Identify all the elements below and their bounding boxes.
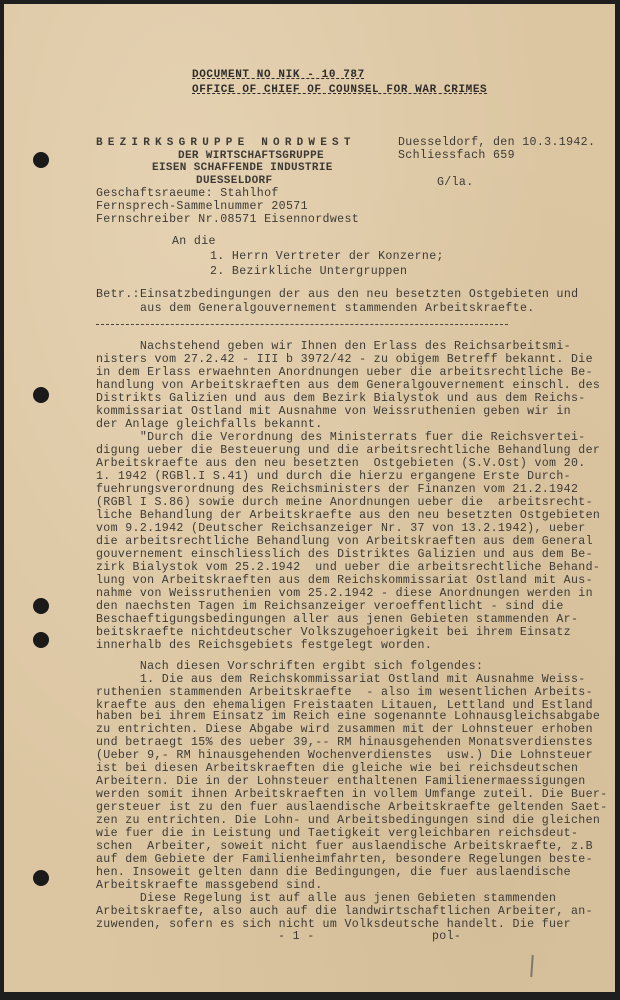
reference-code: G/la.: [437, 176, 474, 190]
body-line: Diese Regelung ist auf alle aus jenen Ge…: [96, 892, 556, 906]
body-line: den naechsten Tagen im Reichsanzeiger ve…: [96, 600, 564, 614]
office-address: Geschaftsraeume: Stahlhof: [96, 187, 279, 201]
body-line: Arbeitskraefte massgebend sind.: [96, 879, 323, 893]
org-line-3: EISEN SCHAFFENDE INDUSTRIE: [152, 161, 333, 175]
body-line: nisters vom 27.2.42 - III b 3972/42 - zu…: [96, 353, 593, 367]
body-line: "Durch die Verordnung des Ministerrats f…: [96, 431, 586, 445]
body-line: beitskraefte nichtdeutscher Volkszugehoe…: [96, 626, 571, 640]
continuation-word: pol-: [432, 930, 461, 944]
body-line: nahme von Weissruthenien vom 25.2.1942 -…: [96, 587, 593, 601]
recipient-item: 2. Bezirkliche Untergruppen: [210, 265, 407, 279]
body-line: ruthenien stammenden Arbeitskraefte - al…: [96, 686, 593, 700]
telex-number: Fernschreiber Nr.08571 Eisennordwest: [96, 213, 359, 227]
org-name: BEZIRKSGRUPPE NORDWEST: [96, 136, 356, 150]
page-number: - 1 -: [278, 930, 315, 944]
body-line: 1. 1942 (RGBl.I S.41) und durch die hier…: [96, 470, 571, 484]
body-line: liche Behandlung der Arbeitskraefte aus …: [96, 509, 600, 523]
punch-hole: [33, 632, 49, 648]
body-line: der Anlage gleichfalls bekannt.: [96, 418, 323, 432]
body-line: digung ueber die Besteuerung und die arb…: [96, 444, 600, 458]
punch-hole: [33, 387, 49, 403]
body-line: vom 9.2.1942 (Deutscher Reichsanzeiger N…: [96, 522, 586, 536]
phone-number: Fernsprech-Sammelnummer 20571: [96, 200, 308, 214]
body-line: Arbeitern. Die in der Lohnsteuer enthalt…: [96, 775, 586, 789]
body-line: hen. Insoweit gelten dann die Bedingunge…: [96, 866, 571, 880]
body-line: zirk Bialystok vom 25.2.1942 und ueber d…: [96, 561, 600, 575]
body-line: haben bei ihrem Einsatz im Reich eine so…: [96, 710, 600, 724]
place-date: Duesseldorf, den 10.3.1942.: [398, 136, 595, 150]
subject-label: Betr.:: [96, 288, 140, 302]
body-line: Nachstehend geben wir Ihnen den Erlass d…: [96, 340, 571, 354]
office-stamp: OFFICE OF CHIEF OF COUNSEL FOR WAR CRIME…: [192, 83, 487, 97]
body-line: auf dem Gebiete der Familienheimfahrten,…: [96, 853, 593, 867]
subject-divider: [96, 324, 508, 325]
punch-hole: [33, 152, 49, 168]
body-line: gouvernement einschliesslich des Distrik…: [96, 548, 593, 562]
body-line: (Ueber 9,- RM hinausgehenden Wochenverdi…: [96, 749, 593, 763]
body-line: fuehrungsverordnung des Reichsministers …: [96, 483, 578, 497]
body-line: Arbeitskraefte, also auch auf die landwi…: [96, 905, 593, 919]
po-box: Schliessfach 659: [398, 149, 515, 163]
section-intro: Nach diesen Vorschriften ergibt sich fol…: [96, 660, 483, 674]
body-line: innerhalb des Reichsgebiets festgelegt w…: [96, 639, 432, 653]
body-line: in dem Erlass erwaehnten Anordnungen ueb…: [96, 366, 593, 380]
body-line: 1. Die aus dem Reichskommissariat Ostlan…: [96, 673, 586, 687]
document-number: DOCUMENT NO NIK - 10 787: [192, 68, 365, 82]
body-line: werden somit ihnen Arbeitskraeften in vo…: [96, 788, 608, 802]
body-line: die arbeitsrechtliche Behandlung von Arb…: [96, 535, 593, 549]
body-line: wie fuer die in Leistung und Taetigkeit …: [96, 827, 578, 841]
subject-line: aus dem Generalgouvernement stammenden A…: [140, 302, 535, 316]
body-line: (RGBl I S.86) sowie durch meine Anordnun…: [96, 496, 593, 510]
body-line: kommissariat Ostland mit Ausnahme von We…: [96, 405, 571, 419]
body-line: Beschaeftigungsbedingungen aller aus jen…: [96, 613, 578, 627]
org-city: DUESSELDORF: [196, 174, 272, 188]
body-line: schen Arbeiter, soweit nicht fuer auslae…: [96, 840, 593, 854]
punch-hole: [33, 870, 49, 886]
body-line: Arbeitskraefte aus den neu besetzten Ost…: [96, 457, 586, 471]
body-line: zu entrichten. Diese Abgabe wird zusamme…: [96, 723, 593, 737]
body-line: gersteuer ist zu den fuer auslaendische …: [96, 801, 608, 815]
body-line: handlung von Arbeitskraeften aus dem Gen…: [96, 379, 600, 393]
body-line: zuwenden, sofern es sich nicht um Volksd…: [96, 918, 571, 932]
body-line: Distrikts Galizien und aus dem Bezirk Bi…: [96, 392, 586, 406]
punch-hole: [33, 598, 49, 614]
subject-line: Einsatzbedingungen der aus den neu beset…: [140, 288, 578, 302]
body-line: und betraegt 15% des ueber 39,-- RM hina…: [96, 736, 593, 750]
recipients-intro: An die: [172, 235, 216, 249]
body-line: ist bei diesen Arbeitskraeften die gleic…: [96, 762, 578, 776]
body-line: lung von Arbeitskraeften aus dem Reichsk…: [96, 574, 593, 588]
recipient-item: 1. Herrn Vertreter der Konzerne;: [210, 250, 444, 264]
body-line: zen zu entrichten. Die Lohn- und Arbeits…: [96, 814, 600, 828]
